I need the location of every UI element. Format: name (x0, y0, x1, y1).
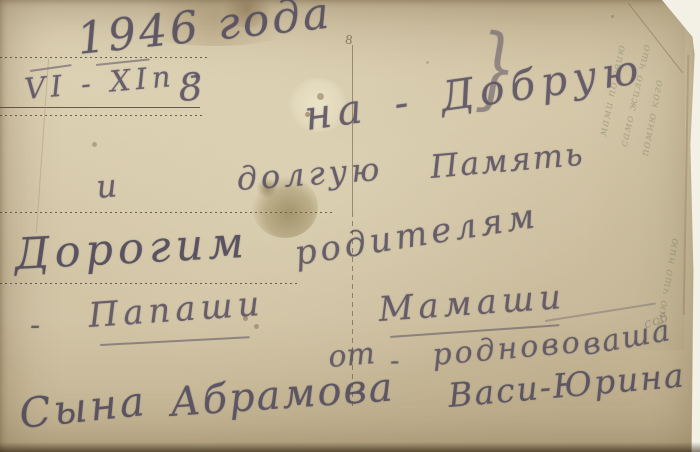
handwriting-word-papashi: Папаши (87, 284, 266, 336)
handwriting-word-pamyat: Память (429, 135, 586, 186)
torn-edge-right (688, 0, 700, 452)
handwriting-word-syna: Сына (17, 377, 150, 438)
handwriting-signature-name: Абрамова (169, 364, 396, 426)
bottom-edge-shadow (0, 442, 700, 452)
printed-solid-line (0, 107, 200, 108)
postcard-back: 8 1946 года VI - XIп - 8 } на - Добрую и… (0, 0, 700, 452)
underline-papashi (100, 336, 250, 346)
handwriting-date-day: 8 (177, 64, 204, 110)
handwriting-year: 1946 года (75, 0, 335, 65)
handwriting-word-mamashi: Мамаши (377, 277, 567, 330)
handwriting-word-roditelyam: родителям (292, 196, 542, 274)
handwriting-word-dorogim: Дорогим (13, 218, 250, 280)
handwriting-dash-1: - (30, 308, 40, 343)
printed-dotted-line-2 (0, 115, 205, 116)
handwriting-word-dolguyu: долгую (235, 150, 384, 198)
handwriting-word-i: и (95, 166, 119, 206)
